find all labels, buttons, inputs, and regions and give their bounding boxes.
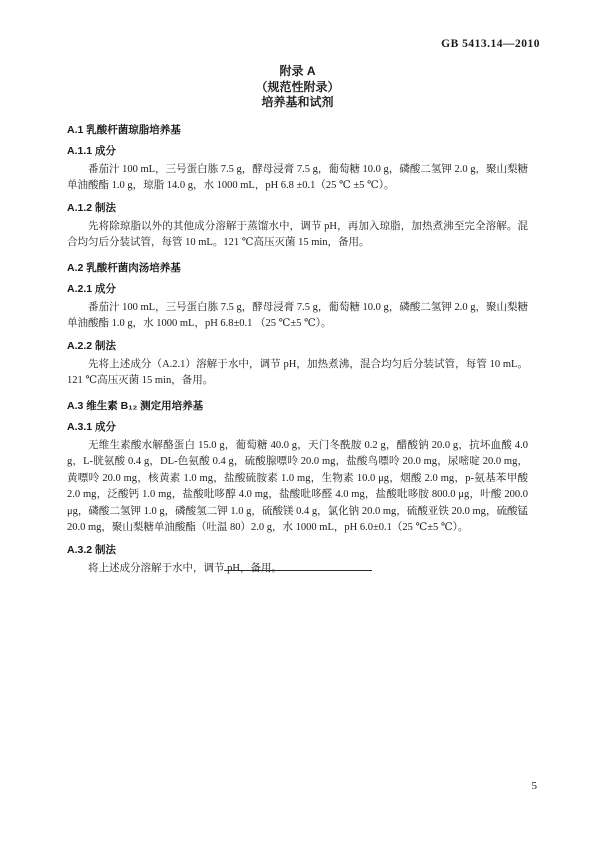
subsection-heading: A.3.1 成分 bbox=[67, 420, 528, 435]
document-page: GB 5413.14—2010 附录 A （规范性附录） 培养基和试剂 A.1 … bbox=[0, 0, 595, 842]
section-heading: A.3 维生素 B₁₂ 测定用培养基 bbox=[67, 399, 528, 414]
appendix-title-line-1: 附录 A bbox=[67, 64, 528, 80]
subsection-body: 无维生素酸水解酪蛋白 15.0 g，葡萄糖 40.0 g，天门冬酰胺 0.2 g… bbox=[67, 438, 528, 537]
section-heading: A.2 乳酸杆菌肉汤培养基 bbox=[67, 261, 528, 276]
subsection-body: 番茄汁 100 mL，三号蛋白胨 7.5 g，酵母浸膏 7.5 g，葡萄糖 10… bbox=[67, 300, 528, 333]
appendix-title-block: 附录 A （规范性附录） 培养基和试剂 bbox=[67, 64, 528, 111]
subsection-heading: A.1.1 成分 bbox=[67, 144, 528, 159]
page-number: 5 bbox=[532, 780, 538, 792]
subsection-body: 先将除琼脂以外的其他成分溶解于蒸馏水中，调节 pH，再加入琼脂，加热煮沸至完全溶… bbox=[67, 219, 528, 252]
appendix-title-line-2: （规范性附录） bbox=[67, 80, 528, 96]
subsection-heading: A.1.2 制法 bbox=[67, 201, 528, 216]
section-a2: A.2 乳酸杆菌肉汤培养基 A.2.1 成分 番茄汁 100 mL，三号蛋白胨 … bbox=[67, 261, 528, 390]
subsection-body: 先将上述成分（A.2.1）溶解于水中，调节 pH，加热煮沸，混合均匀后分装试管，… bbox=[67, 357, 528, 390]
section-a3: A.3 维生素 B₁₂ 测定用培养基 A.3.1 成分 无维生素酸水解酪蛋白 1… bbox=[67, 399, 528, 578]
subsection-body: 番茄汁 100 mL，三号蛋白胨 7.5 g，酵母浸膏 7.5 g，葡萄糖 10… bbox=[67, 162, 528, 195]
subsection-heading: A.3.2 制法 bbox=[67, 543, 528, 558]
section-heading: A.1 乳酸杆菌琼脂培养基 bbox=[67, 123, 528, 138]
subsection-body: 将上述成分溶解于水中，调节 pH，备用。 bbox=[67, 561, 528, 578]
standard-number-header: GB 5413.14—2010 bbox=[441, 38, 540, 50]
page-content: 附录 A （规范性附录） 培养基和试剂 A.1 乳酸杆菌琼脂培养基 A.1.1 … bbox=[67, 64, 528, 579]
subsection-heading: A.2.2 制法 bbox=[67, 339, 528, 354]
end-of-text-rule bbox=[224, 570, 372, 571]
subsection-heading: A.2.1 成分 bbox=[67, 282, 528, 297]
appendix-title-line-3: 培养基和试剂 bbox=[67, 95, 528, 111]
section-a1: A.1 乳酸杆菌琼脂培养基 A.1.1 成分 番茄汁 100 mL，三号蛋白胨 … bbox=[67, 123, 528, 252]
